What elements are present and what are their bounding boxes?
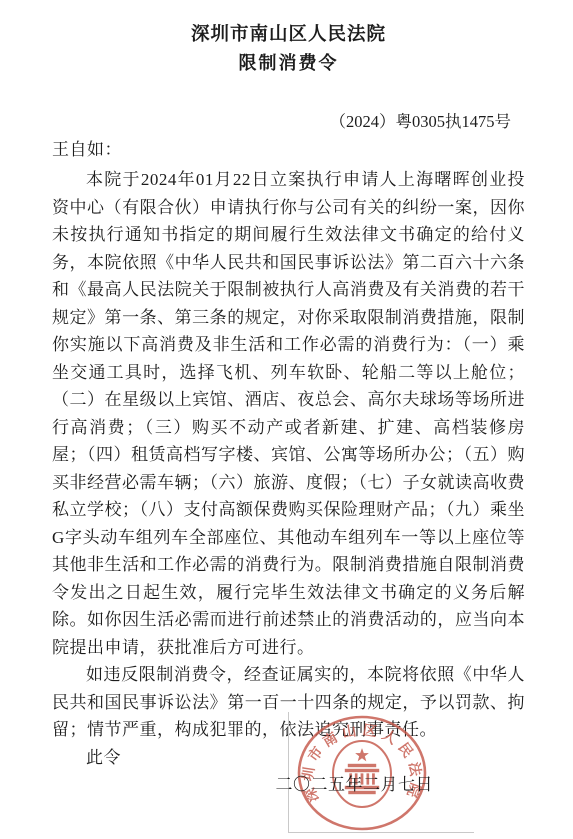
closing-phrase: 此令 (52, 744, 525, 772)
document-body: 本院于2024年01月22日立案执行申请人上海曙晖创业投资中心（有限合伙）申请执… (52, 166, 525, 744)
court-name: 深圳市南山区人民法院 (52, 22, 525, 48)
issue-date: 二〇二五年二月七日 (52, 771, 525, 799)
addressee: 王自如： (52, 136, 525, 164)
document-title: 限制消费令 (52, 50, 525, 76)
case-number: （2024）粤0305执1475号 (52, 108, 525, 136)
paragraph-penalty-warning: 如违反限制消费令，经查证属实的，本院将依照《中华人民共和国民事诉讼法》第一百一十… (52, 661, 525, 744)
paragraph-restriction-order: 本院于2024年01月22日立案执行申请人上海曙晖创业投资中心（有限合伙）申请执… (52, 166, 525, 661)
legal-document-page: 深圳市南山区人民法院 限制消费令 （2024）粤0305执1475号 王自如： … (0, 0, 573, 839)
